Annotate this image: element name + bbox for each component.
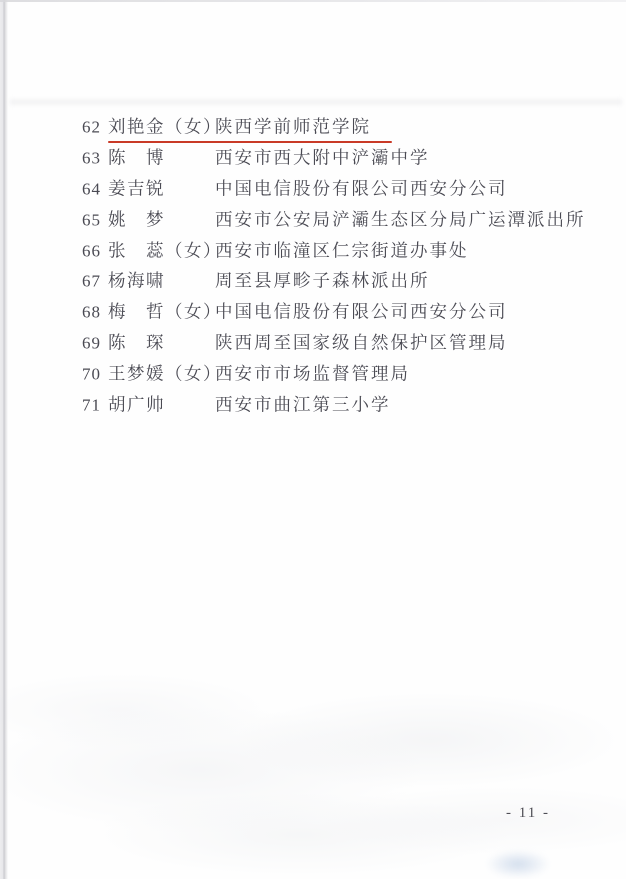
roster-row-number: 67 [82, 273, 101, 290]
roster-row-number: 70 [82, 365, 101, 382]
roster-row-number: 69 [82, 334, 101, 351]
scan-artifact-band [10, 99, 622, 105]
roster-row-organization: 西安市市场监督管理局 [215, 365, 410, 383]
roster-row: 63 陈 博 西安市西大附中浐灞中学 [0, 143, 626, 174]
roster-row-name: 胡广帅 [108, 396, 165, 414]
roster-row-name: 梅 哲（女） [108, 303, 222, 321]
roster-row-organization: 中国电信股份有限公司西安分公司 [215, 180, 508, 198]
roster-row-organization: 中国电信股份有限公司西安分公司 [215, 303, 508, 321]
page-number: - 11 - [506, 804, 550, 822]
document-page: 62 刘艳金（女） 陕西学前师范学院 63 陈 博 西安市西大附中浐灞中学 64… [0, 0, 626, 879]
roster-row-name: 陈 琛 [108, 334, 165, 352]
roster-row-number: 65 [82, 211, 101, 228]
roster-row-name: 陈 博 [108, 149, 165, 167]
roster-row-number: 66 [82, 242, 101, 259]
roster-row: 67 杨海啸 周至县厚畛子森林派出所 [0, 266, 626, 297]
roster-row: 64 姜吉锐 中国电信股份有限公司西安分公司 [0, 174, 626, 205]
roster-row-number: 62 [82, 119, 101, 136]
roster-row: 71 胡广帅 西安市曲江第三小学 [0, 389, 626, 420]
roster-list: 62 刘艳金（女） 陕西学前师范学院 63 陈 博 西安市西大附中浐灞中学 64… [0, 112, 626, 420]
scan-corner-smudge [486, 850, 550, 878]
roster-row: 70 王梦媛（女） 西安市市场监督管理局 [0, 358, 626, 389]
roster-row-organization: 西安市西大附中浐灞中学 [215, 149, 430, 167]
roster-row: 68 梅 哲（女） 中国电信股份有限公司西安分公司 [0, 297, 626, 328]
roster-row: 66 张 蕊（女） 西安市临潼区仁宗街道办事处 [0, 235, 626, 266]
roster-row-number: 68 [82, 304, 101, 321]
roster-row-organization: 陕西周至国家级自然保护区管理局 [215, 334, 508, 352]
roster-row-name: 姜吉锐 [108, 180, 165, 198]
roster-row-organization: 周至县厚畛子森林派出所 [215, 273, 430, 291]
roster-row-name: 杨海啸 [108, 273, 165, 291]
roster-row-name: 姚 梦 [108, 211, 165, 229]
scan-top-edge [0, 0, 626, 2]
roster-row-name: 张 蕊（女） [108, 242, 222, 260]
roster-row: 62 刘艳金（女） 陕西学前师范学院 [0, 112, 626, 143]
roster-row-number: 63 [82, 150, 101, 167]
roster-row-number: 71 [82, 396, 101, 413]
roster-row-organization: 西安市公安局浐灞生态区分局广运潭派出所 [215, 211, 586, 229]
roster-row-organization: 陕西学前师范学院 [215, 119, 371, 137]
roster-row-name: 刘艳金（女） [108, 119, 222, 137]
roster-row-name: 王梦媛（女） [108, 365, 222, 383]
roster-row: 69 陈 琛 陕西周至国家级自然保护区管理局 [0, 328, 626, 359]
roster-row-organization: 西安市临潼区仁宗街道办事处 [215, 242, 469, 260]
roster-row-organization: 西安市曲江第三小学 [215, 396, 391, 414]
roster-row: 65 姚 梦 西安市公安局浐灞生态区分局广运潭派出所 [0, 204, 626, 235]
roster-row-number: 64 [82, 180, 101, 197]
